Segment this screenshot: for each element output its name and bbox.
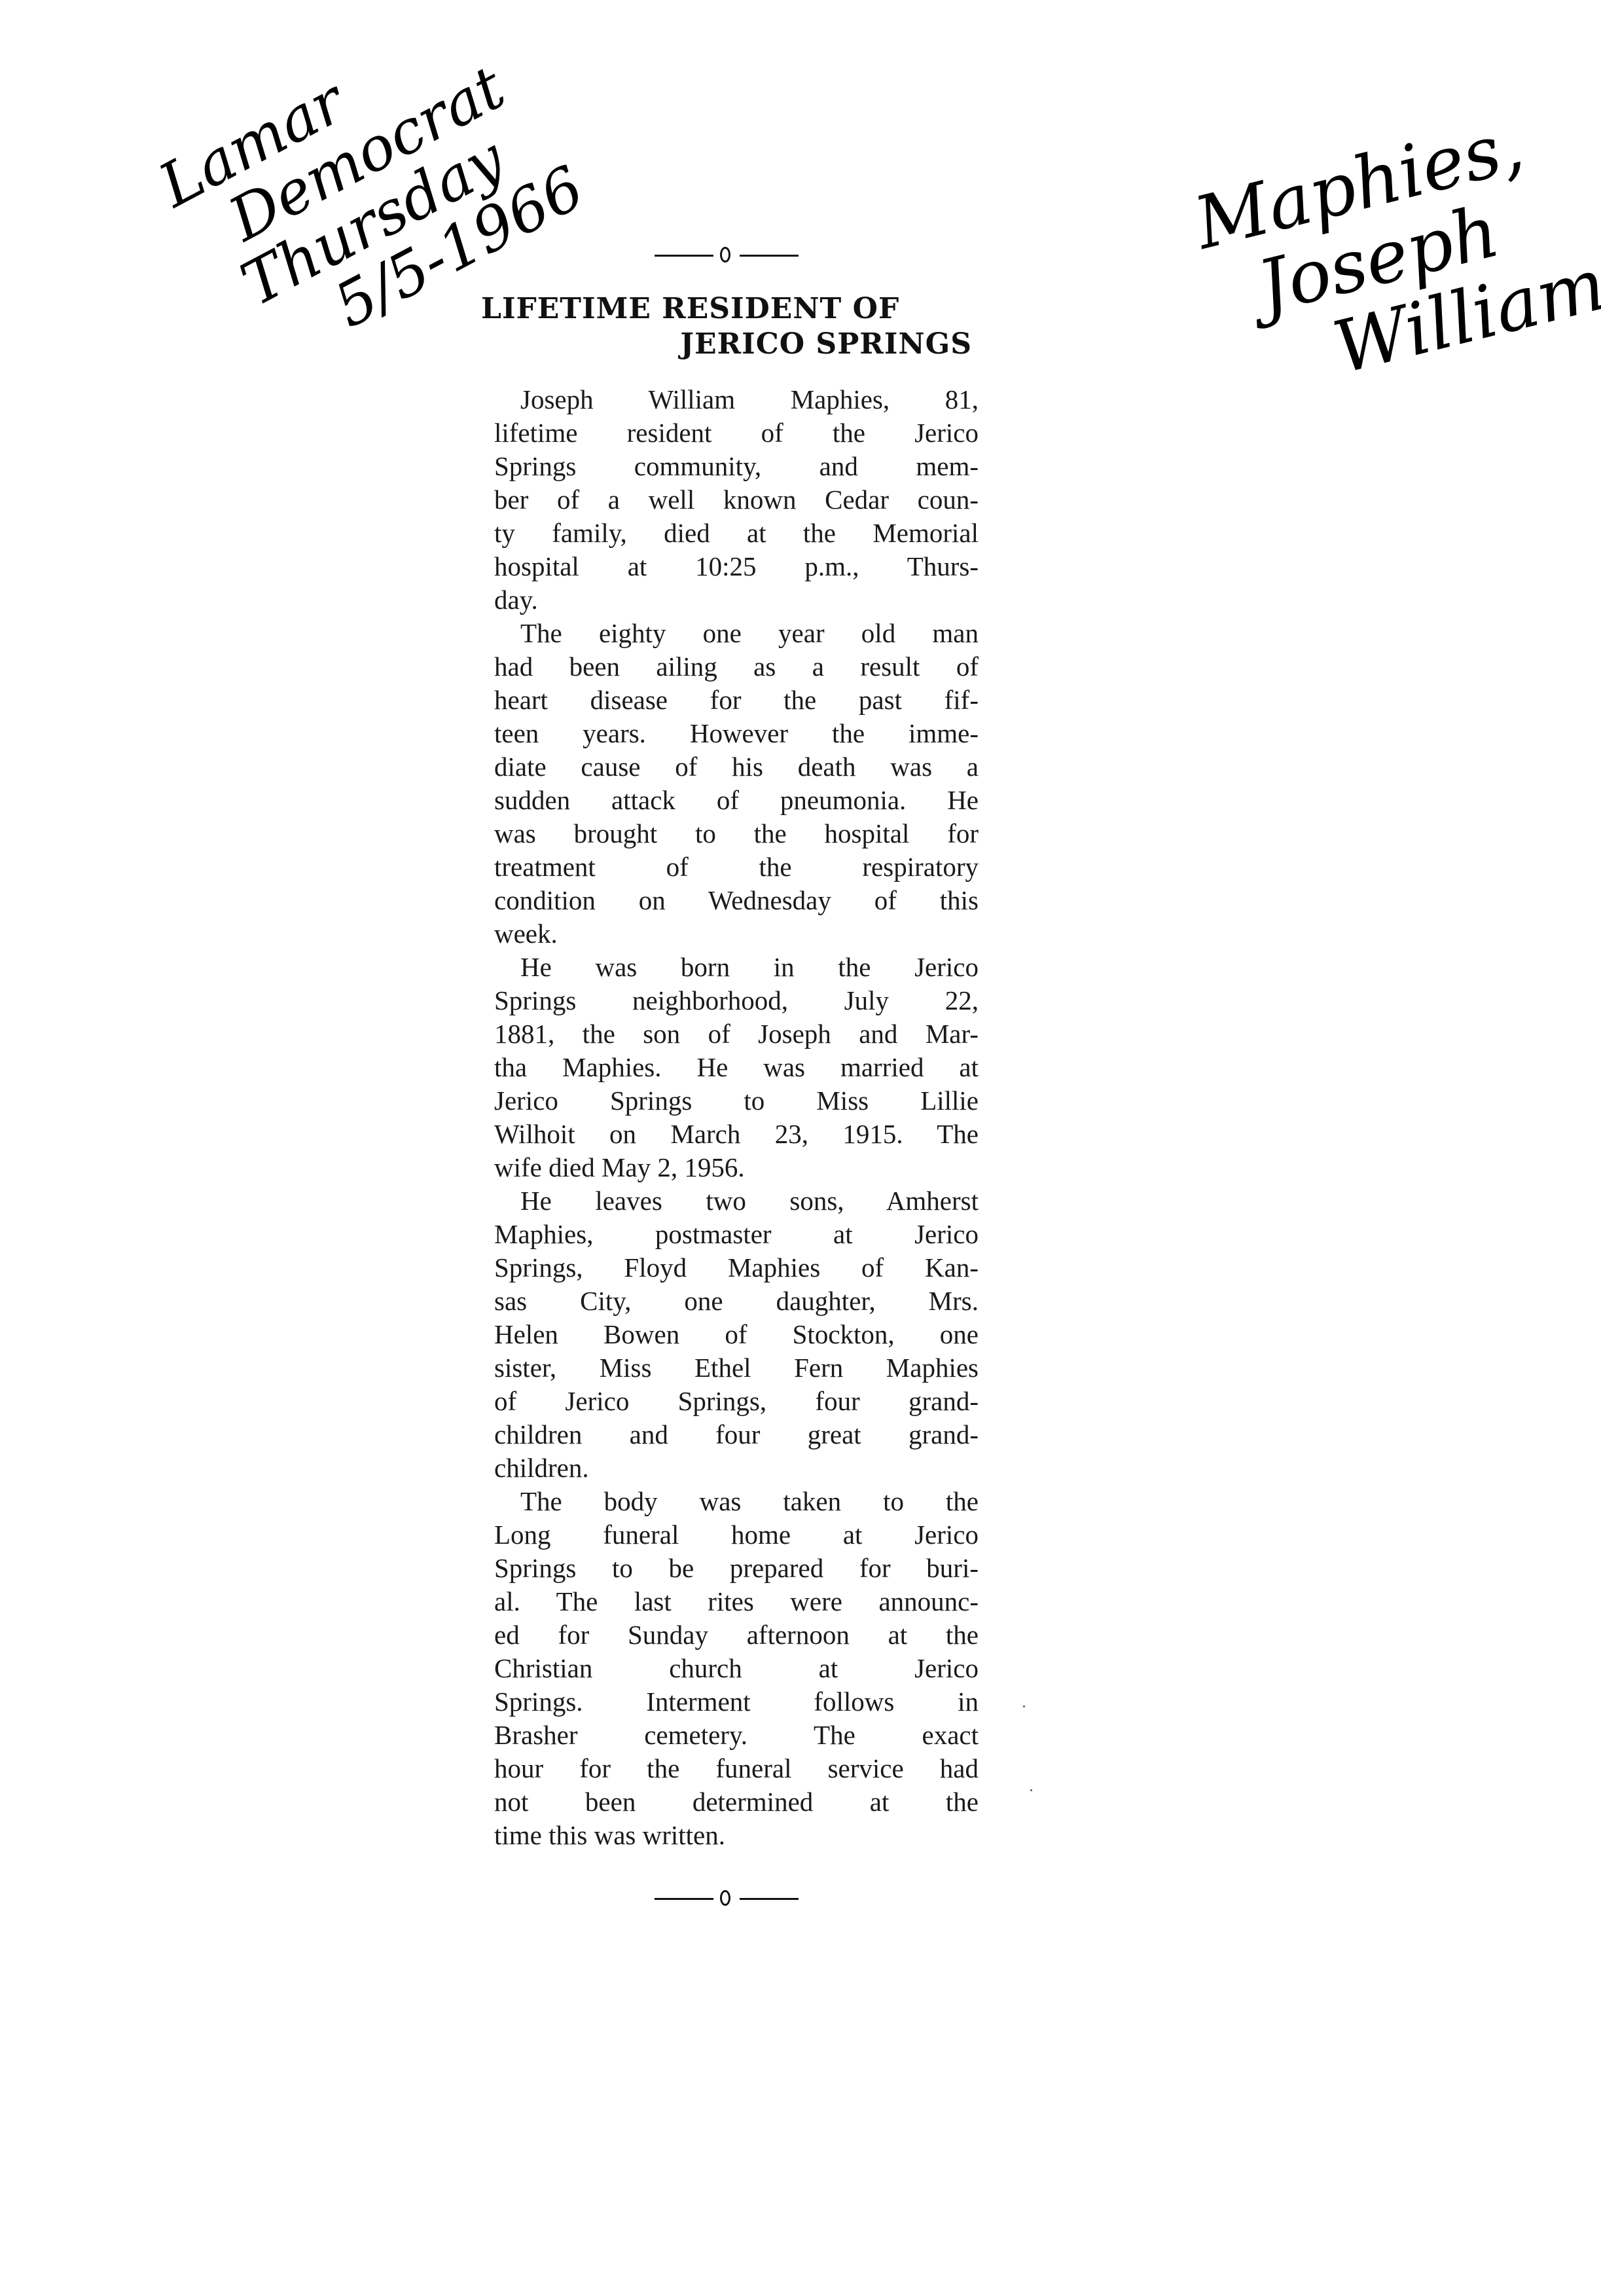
article-line: ty family, died at the Memorial <box>494 517 979 550</box>
article-line: ber of a well known Cedar coun- <box>494 483 979 517</box>
divider-rule-left <box>655 255 713 257</box>
handwritten-subject-note: Maphies, Joseph William <box>1188 98 1601 409</box>
article-line: The eighty one year old man <box>494 617 979 650</box>
divider-rule-right <box>740 255 799 257</box>
article-headline: LIFETIME RESIDENT OF JERICO SPRINGS <box>481 291 979 362</box>
article-line: Springs to be prepared for buri- <box>494 1552 979 1585</box>
article-paragraph: The body was taken to theLong funeral ho… <box>494 1485 979 1852</box>
article-line: He leaves two sons, Amherst <box>494 1184 979 1218</box>
article-line: lifetime resident of the Jerico <box>494 416 979 450</box>
article-line: Maphies, postmaster at Jerico <box>494 1218 979 1251</box>
article-line: children. <box>494 1451 979 1485</box>
top-ornament-divider <box>655 246 799 265</box>
article-line: 1881, the son of Joseph and Mar- <box>494 1017 979 1051</box>
article-line: sudden attack of pneumonia. He <box>494 784 979 817</box>
article-line: had been ailing as a result of <box>494 650 979 683</box>
article-line: teen years. However the imme- <box>494 717 979 750</box>
article-line: Christian church at Jerico <box>494 1652 979 1685</box>
article-line: day. <box>494 583 979 617</box>
divider-ring-icon <box>720 247 730 263</box>
headline-line-2: JERICO SPRINGS <box>481 327 979 362</box>
article-line: sister, Miss Ethel Fern Maphies <box>494 1351 979 1385</box>
article-line: diate cause of his death was a <box>494 750 979 784</box>
article-line: Joseph William Maphies, 81, <box>494 383 979 416</box>
article-line: The body was taken to the <box>494 1485 979 1518</box>
divider-rule-right <box>740 1898 799 1900</box>
article-paragraph: He was born in the JericoSprings neighbo… <box>494 951 979 1184</box>
article-line: tha Maphies. He was married at <box>494 1051 979 1084</box>
article-line: week. <box>494 917 979 951</box>
article-line: not been determined at the <box>494 1785 979 1819</box>
article-line: ed for Sunday afternoon at the <box>494 1618 979 1652</box>
article-paragraph: The eighty one year old manhad been aili… <box>494 617 979 951</box>
article-line: Brasher cemetery. The exact <box>494 1719 979 1752</box>
article-line: condition on Wednesday of this <box>494 884 979 917</box>
scan-speck <box>1030 1789 1032 1791</box>
divider-ring-icon <box>720 1890 730 1906</box>
article-line: Wilhoit on March 23, 1915. The <box>494 1118 979 1151</box>
article-line: hour for the funeral service had <box>494 1752 979 1785</box>
article-line: treatment of the respiratory <box>494 850 979 884</box>
article-line: wife died May 2, 1956. <box>494 1151 979 1184</box>
headline-line-1: LIFETIME RESIDENT OF <box>481 291 979 327</box>
article-line: was brought to the hospital for <box>494 817 979 850</box>
bottom-ornament-divider <box>655 1889 799 1908</box>
article-line: hospital at 10:25 p.m., Thurs- <box>494 550 979 583</box>
article-line: heart disease for the past fif- <box>494 683 979 717</box>
article-line: Springs, Floyd Maphies of Kan- <box>494 1251 979 1285</box>
article-paragraph: Joseph William Maphies, 81,lifetime resi… <box>494 383 979 617</box>
article-line: sas City, one daughter, Mrs. <box>494 1285 979 1318</box>
article-line: Springs neighborhood, July 22, <box>494 984 979 1017</box>
article-line: of Jerico Springs, four grand- <box>494 1385 979 1418</box>
scan-speck <box>1023 1705 1025 1707</box>
article-line: Springs community, and mem- <box>494 450 979 483</box>
article-line: Springs. Interment follows in <box>494 1685 979 1719</box>
obituary-article-body: Joseph William Maphies, 81,lifetime resi… <box>494 383 979 1852</box>
divider-rule-left <box>655 1898 713 1900</box>
article-line: He was born in the Jerico <box>494 951 979 984</box>
article-line: Long funeral home at Jerico <box>494 1518 979 1552</box>
article-line: al. The last rites were announc- <box>494 1585 979 1618</box>
article-line: Helen Bowen of Stockton, one <box>494 1318 979 1351</box>
article-line: time this was written. <box>494 1819 979 1852</box>
article-line: Jerico Springs to Miss Lillie <box>494 1084 979 1118</box>
article-line: children and four great grand- <box>494 1418 979 1451</box>
article-paragraph: He leaves two sons, AmherstMaphies, post… <box>494 1184 979 1485</box>
